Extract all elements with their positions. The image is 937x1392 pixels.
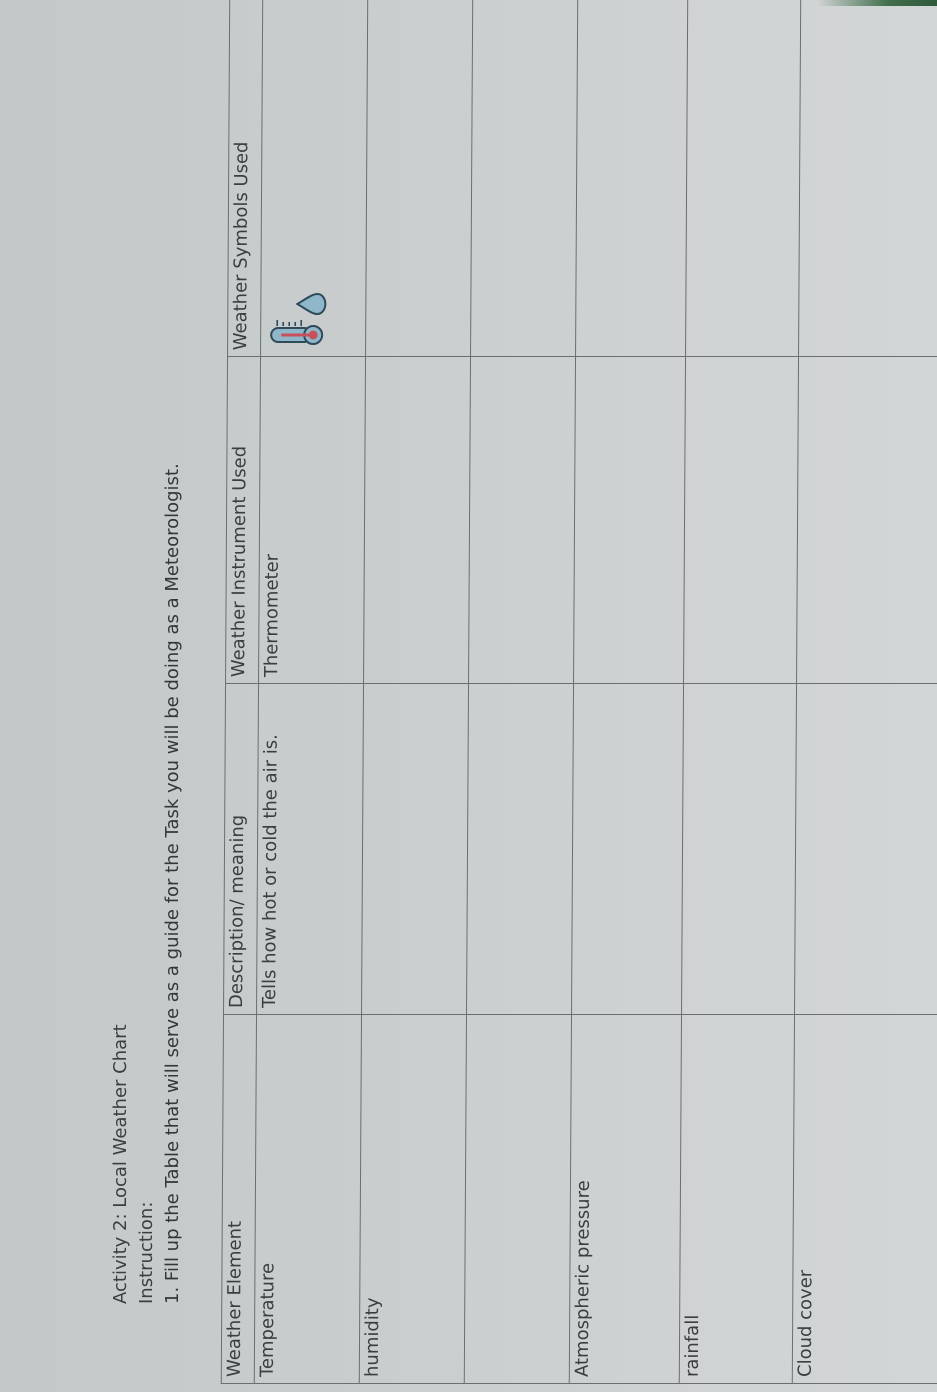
cell-instrument[interactable] — [684, 357, 799, 684]
table-row: humidity — [359, 0, 472, 1384]
thermometer-icon — [267, 286, 327, 350]
cell-description[interactable] — [682, 684, 797, 1015]
instruction-label: Instruction: — [136, 1202, 157, 1304]
header-description: Description/ meaning — [224, 684, 259, 1015]
cell-element: humidity — [359, 1015, 466, 1384]
instruction-step: 1. Fill up the Table that will serve as … — [162, 463, 183, 1304]
cell-element: Cloud cover — [792, 1015, 937, 1384]
cell-instrument[interactable] — [364, 357, 471, 684]
cell-element: Temperature — [254, 1015, 361, 1384]
header-weather-element: Weather Element — [221, 1015, 256, 1384]
cell-symbol[interactable] — [686, 0, 801, 357]
cell-element: rainfall — [679, 1015, 794, 1384]
activity-title: Activity 2: Local Weather Chart — [110, 1024, 131, 1304]
table-row: Cloud cover — [792, 0, 937, 1384]
cell-instrument: Thermometer — [259, 357, 366, 684]
cell-instrument[interactable] — [574, 357, 686, 684]
cell-element — [464, 1015, 571, 1384]
cell-description[interactable] — [467, 684, 574, 1015]
worksheet-page: Activity 2: Local Weather Chart Instruct… — [0, 0, 937, 1392]
header-symbols: Weather Symbols Used — [228, 0, 263, 357]
cell-description[interactable] — [572, 684, 684, 1015]
table-row: Temperature Tells how hot or cold the ai… — [254, 0, 367, 1384]
cell-instrument[interactable] — [797, 357, 937, 684]
table-row: Atmospheric pressure — [569, 0, 687, 1384]
cell-symbol[interactable] — [471, 0, 578, 357]
weather-chart-table: Weather Element Description/ meaning Wea… — [221, 0, 937, 1384]
cell-element: Atmospheric pressure — [569, 1015, 681, 1384]
table-row — [464, 0, 577, 1384]
cell-symbol[interactable] — [799, 0, 937, 357]
header-instrument: Weather Instrument Used — [226, 357, 261, 684]
cell-symbol[interactable] — [366, 0, 473, 357]
cell-description[interactable] — [362, 684, 469, 1015]
table-row: rainfall — [679, 0, 800, 1384]
cell-symbol — [261, 0, 368, 357]
cell-instrument[interactable] — [469, 357, 576, 684]
thermometer-with-droplet-icon — [267, 286, 327, 350]
cell-description[interactable] — [795, 684, 937, 1015]
cell-description: Tells how hot or cold the air is. — [257, 684, 364, 1015]
cell-symbol[interactable] — [576, 0, 688, 357]
